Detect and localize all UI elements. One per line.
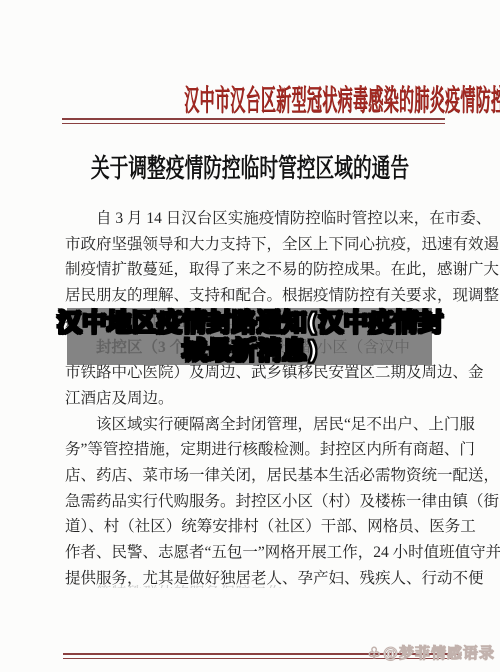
- body-text-line: 居民朋友的理解、支持和配合。根据疫情防控有关要求，现调整: [65, 283, 489, 309]
- body-text-line: 市政府坚强领导和大力支持下，全区上下同心抗疫，迅速有效遏: [65, 232, 489, 258]
- body-text-line: 店、药店、菜市场一律关闭，居民基本生活必需物资统一配送，: [65, 463, 489, 489]
- header-org-title: 汉中市汉台区新型冠状病毒感染的肺炎疫情防控应急指挥部: [184, 78, 500, 119]
- body-text: 自 3 月 14 日汉台区实施疫情防控临时管控以来，在市委、市政府坚强领导和大力…: [65, 206, 489, 592]
- body-text-line: 制疫情扩散蔓延，取得了来之不易的防控成果。在此，感谢广大: [65, 257, 489, 283]
- watermark: ♧@梦菲情感语录: [368, 642, 495, 663]
- body-text-line: 务”等管控措施，定期进行核酸检测。封控区内所有商超、门: [65, 437, 489, 463]
- caption-line-1: 汉中地区疫情封路通知(汉中疫情封: [0, 309, 500, 337]
- body-text-line: 作者、民警、志愿者“五包一”网格开展工作，24 小时值班值守并: [65, 540, 489, 566]
- body-text-line: 急需药品实行代购服务。封控区小区（村）及楼栋一律由镇（街: [65, 489, 489, 515]
- caption-line-2: 城最新消息): [0, 337, 500, 365]
- cropped-text-line: 等特殊群体的服务保障工作。: [65, 581, 489, 588]
- header-double-rule: [62, 118, 445, 124]
- letterhead: 汉中市汉台区新型冠状病毒感染的肺炎疫情防控应急指挥部: [0, 78, 500, 119]
- doc-title-row: 关于调整疫情防控临时管控区域的通告: [0, 148, 500, 185]
- club-icon: ♧: [368, 644, 382, 662]
- caption-overlay-title: 汉中地区疫情封路通知(汉中疫情封 城最新消息): [0, 309, 500, 365]
- body-text-line: 道）、村（社区）统筹安排村（社区）干部、网格员、医务工: [65, 514, 489, 540]
- document-page: 汉中市汉台区新型冠状病毒感染的肺炎疫情防控应急指挥部 关于调整疫情防控临时管控区…: [0, 0, 500, 672]
- doc-title: 关于调整疫情防控临时管控区域的通告: [91, 148, 409, 185]
- watermark-text: @梦菲情感语录: [383, 644, 495, 662]
- body-text-line: 自 3 月 14 日汉台区实施疫情防控临时管控以来，在市委、: [65, 206, 489, 232]
- body-text-line: 该区域实行硬隔离全封闭管理，居民“足不出户、上门服: [65, 412, 489, 438]
- body-text-line: 江酒店及周边。: [65, 386, 489, 412]
